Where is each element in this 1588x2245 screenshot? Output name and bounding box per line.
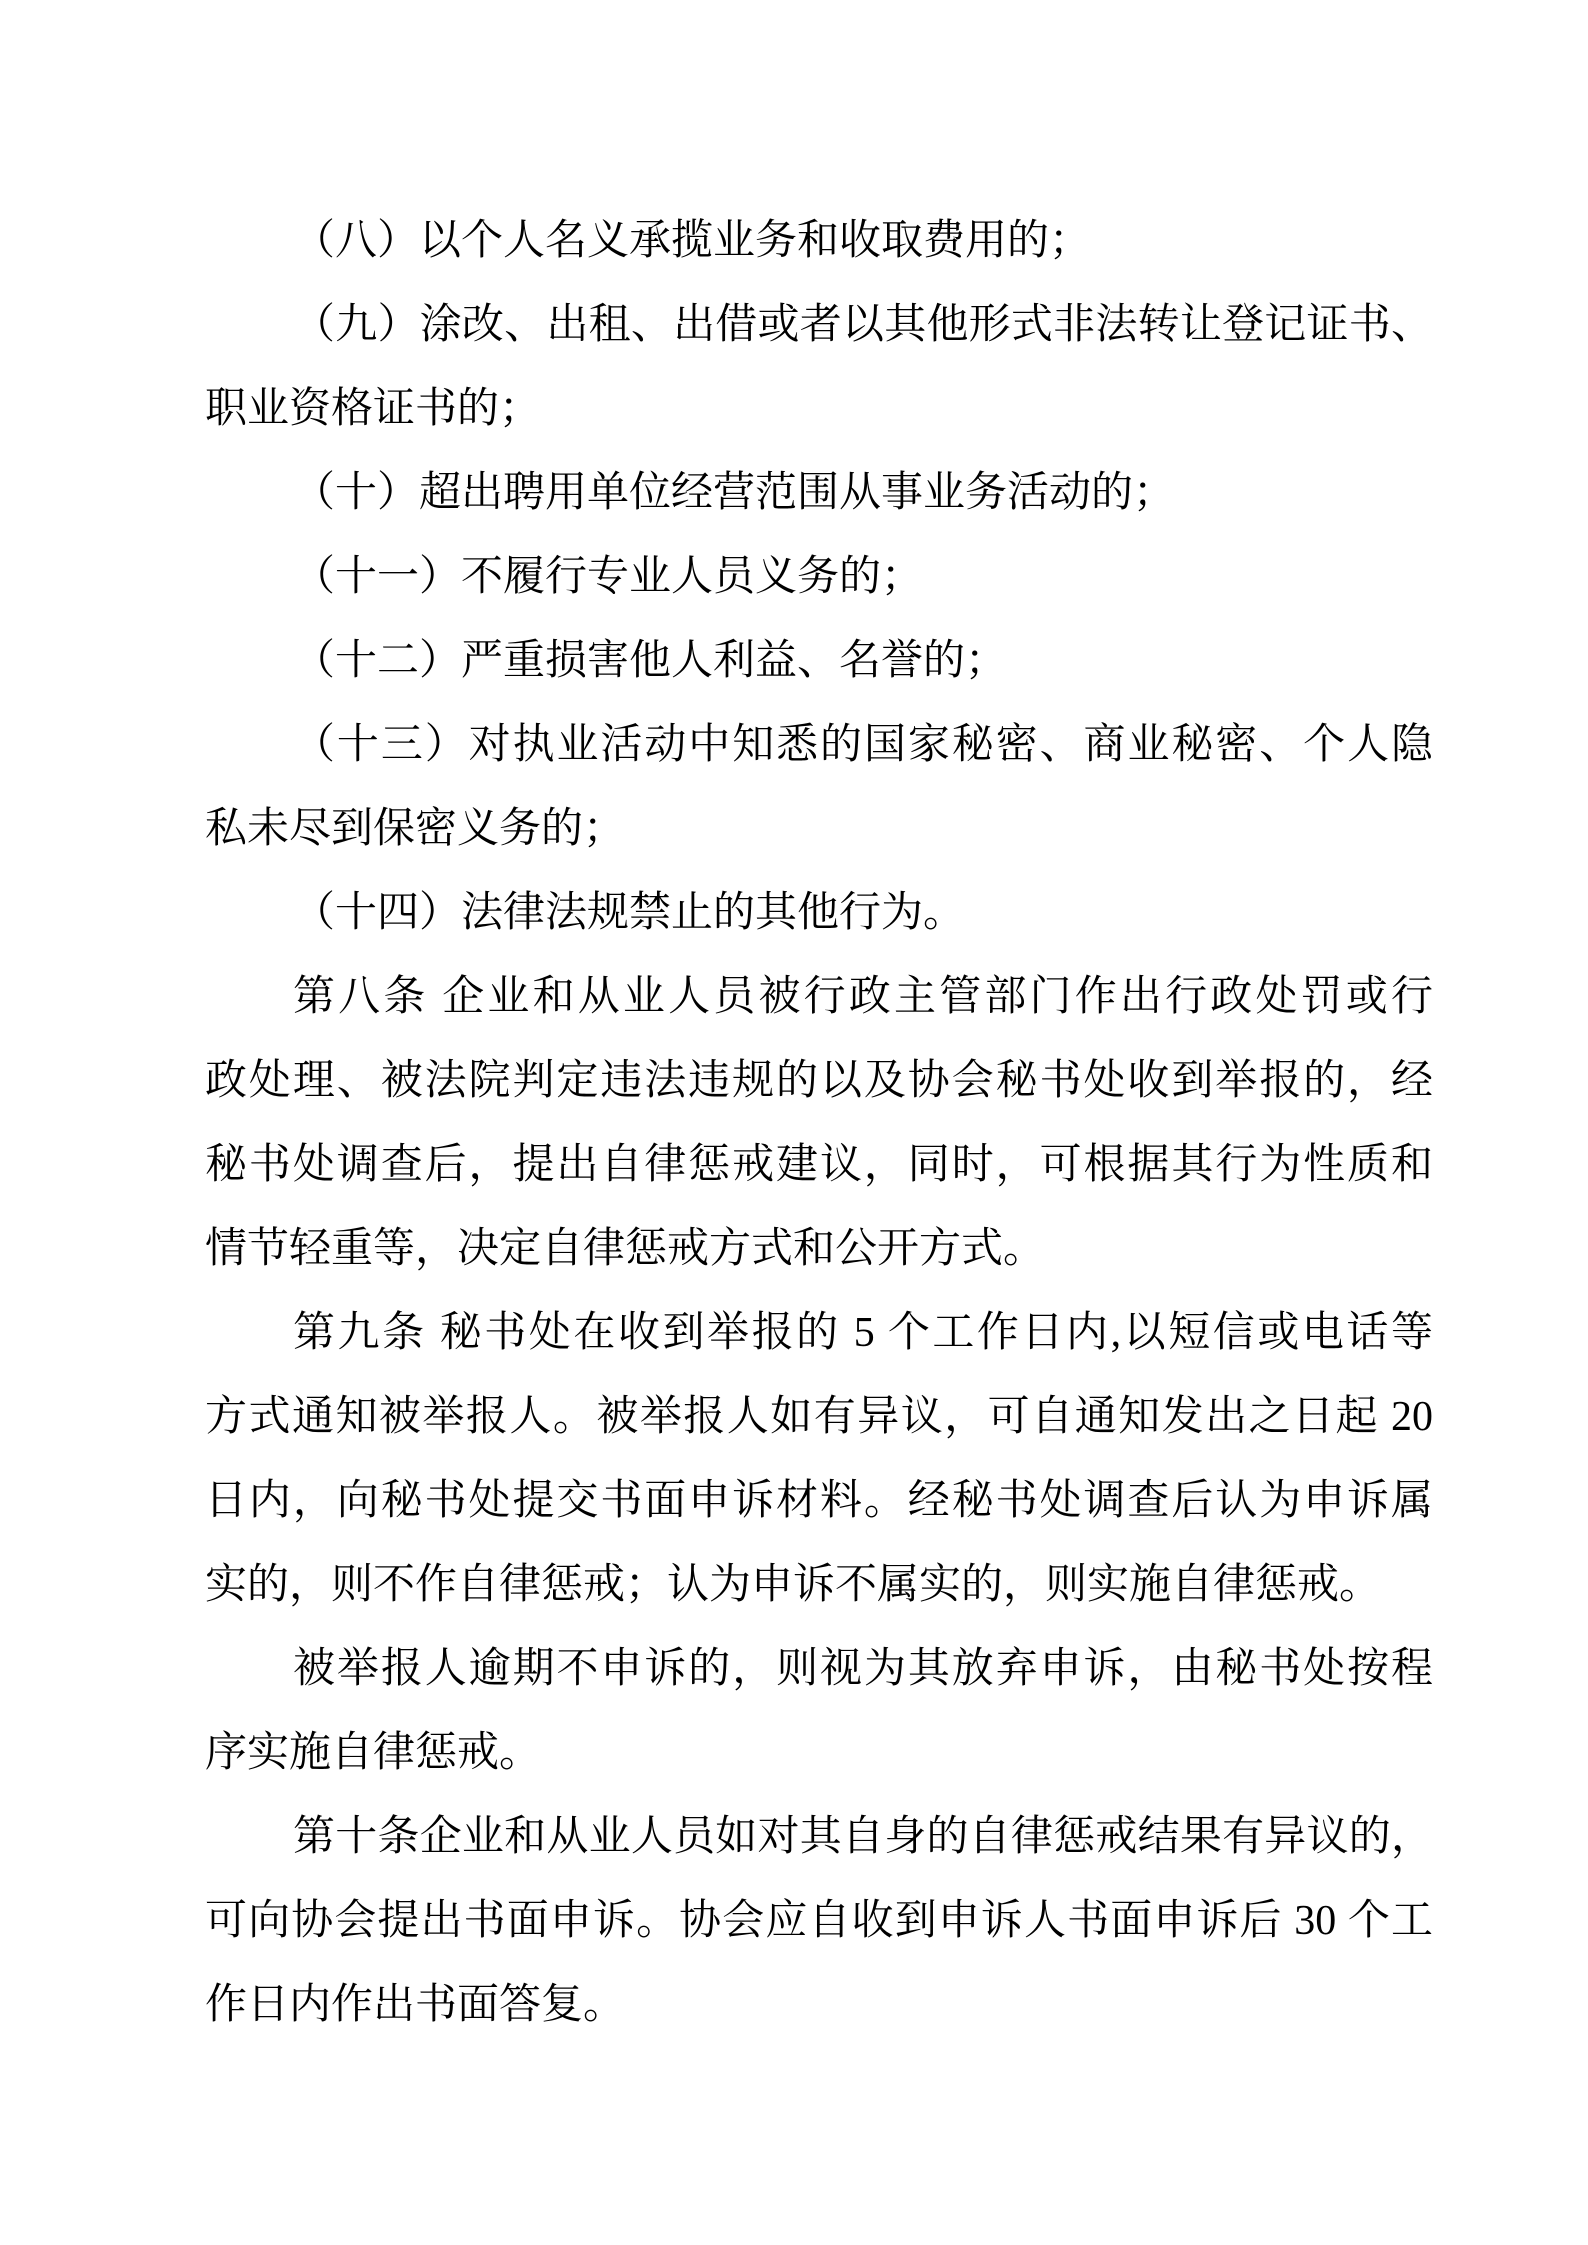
document-line: （十一）不履行专业人员义务的； [205,535,1433,619]
document-line: 方式通知被举报人。被举报人如有异议，可自通知发出之日起 20 [205,1375,1433,1459]
document-line: 第八条 企业和从业人员被行政主管部门作出行政处罚或行 [205,955,1433,1039]
document-line: （八）以个人名义承揽业务和收取费用的； [205,199,1433,283]
document-line: 情节轻重等，决定自律惩戒方式和公开方式。 [205,1207,1433,1291]
document-text-block: （八）以个人名义承揽业务和收取费用的；（九）涂改、出租、出借或者以其他形式非法转… [205,199,1433,2047]
document-line: 序实施自律惩戒。 [205,1711,1433,1795]
document-line: （十四）法律法规禁止的其他行为。 [205,871,1433,955]
document-line: （十）超出聘用单位经营范围从事业务活动的； [205,451,1433,535]
document-line: 政处理、被法院判定违法违规的以及协会秘书处收到举报的，经 [205,1039,1433,1123]
document-line: 作日内作出书面答复。 [205,1963,1433,2047]
document-line: 秘书处调查后，提出自律惩戒建议，同时，可根据其行为性质和 [205,1123,1433,1207]
document-line: 第九条 秘书处在收到举报的 5 个工作日内,以短信或电话等 [205,1291,1433,1375]
document-line: 被举报人逾期不申诉的，则视为其放弃申诉，由秘书处按程 [205,1627,1433,1711]
document-line: （十三）对执业活动中知悉的国家秘密、商业秘密、个人隐 [205,703,1433,787]
document-line: 第十条企业和从业人员如对其自身的自律惩戒结果有异议的， [205,1795,1433,1879]
document-line: 职业资格证书的； [205,367,1433,451]
document-line: 日内，向秘书处提交书面申诉材料。经秘书处调查后认为申诉属 [205,1459,1433,1543]
document-line: （九）涂改、出租、出借或者以其他形式非法转让登记证书、 [205,283,1433,367]
document-line: 可向协会提出书面申诉。协会应自收到申诉人书面申诉后 30 个工 [205,1879,1433,1963]
document-line: 实的，则不作自律惩戒；认为申诉不属实的，则实施自律惩戒。 [205,1543,1433,1627]
document-page: （八）以个人名义承揽业务和收取费用的；（九）涂改、出租、出借或者以其他形式非法转… [0,0,1588,2245]
document-line: （十二）严重损害他人利益、名誉的； [205,619,1433,703]
document-line: 私未尽到保密义务的； [205,787,1433,871]
